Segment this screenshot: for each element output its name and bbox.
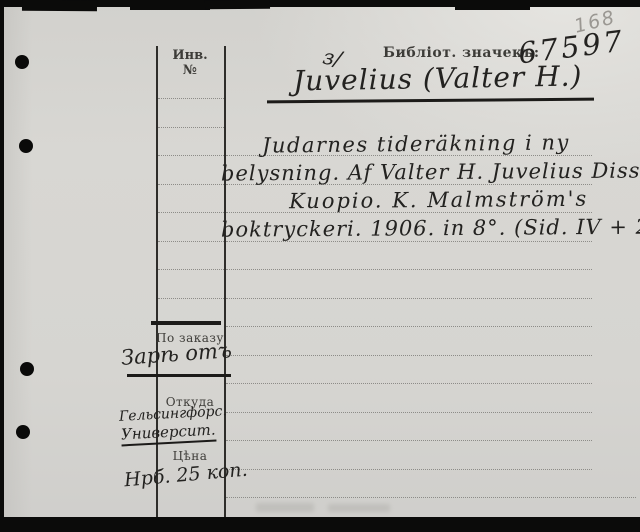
ruled-line xyxy=(226,355,592,356)
ruled-line xyxy=(158,184,224,185)
scan-border-top-chunk xyxy=(455,0,530,10)
ruled-line xyxy=(226,412,592,413)
origin-value-line2: Университ. xyxy=(121,421,217,447)
inv-label: Инв. xyxy=(172,48,207,63)
scanned-catalog-card: 168 Инв. № Библіот. значекъ: 67597 з/ Ju… xyxy=(0,0,640,532)
inv-column-right-border xyxy=(224,46,226,517)
author-underline xyxy=(267,98,594,104)
ruled-line xyxy=(158,298,224,299)
scan-border-top-chunk xyxy=(22,0,97,11)
scan-border-top-chunk xyxy=(130,0,210,10)
entry-line: belysning. Af Valter H. Juvelius Diss. xyxy=(221,159,640,186)
ruled-line xyxy=(226,497,636,498)
entry-line: Judarnes tideräkning i ny xyxy=(262,130,570,157)
ruled-line xyxy=(226,326,592,327)
order-value: Зарѣ отъ xyxy=(120,338,232,370)
ruled-line xyxy=(158,98,224,99)
library-mark-label: Библіот. значекъ: xyxy=(383,45,540,61)
ruled-line xyxy=(158,241,224,242)
ruled-line xyxy=(226,383,592,384)
ruled-line xyxy=(226,469,592,470)
ruled-line xyxy=(226,298,592,299)
order-underline xyxy=(127,374,231,377)
ruled-line xyxy=(226,269,592,270)
ink-bleed-ghost xyxy=(328,504,390,512)
punch-hole xyxy=(16,425,30,439)
inv-number-sign: № xyxy=(183,63,197,78)
inv-column-left-border xyxy=(156,46,158,517)
entry-line: boktryckeri. 1906. in 8°. (Sid. IV + 234… xyxy=(221,214,640,241)
scan-border-bottom xyxy=(0,517,640,532)
ruled-line xyxy=(158,155,224,156)
ruled-line xyxy=(158,269,224,270)
punch-hole xyxy=(19,139,33,153)
price-value: Нрб. 25 коп. xyxy=(123,459,248,492)
punch-hole xyxy=(20,362,34,376)
entry-line: Kuopio. K. Malmström's xyxy=(289,187,588,214)
punch-hole xyxy=(15,55,29,69)
ruled-line xyxy=(226,440,592,441)
scan-border-left xyxy=(0,0,4,532)
inv-column-header: Инв. № xyxy=(156,48,224,78)
author-heading: Juvelius (Valter H.) xyxy=(293,59,583,97)
ink-bleed-ghost xyxy=(256,503,314,512)
ruled-line xyxy=(158,127,224,128)
scan-border-top-chunk xyxy=(205,0,270,9)
ruled-line xyxy=(158,212,224,213)
column-section-divider xyxy=(151,321,221,325)
